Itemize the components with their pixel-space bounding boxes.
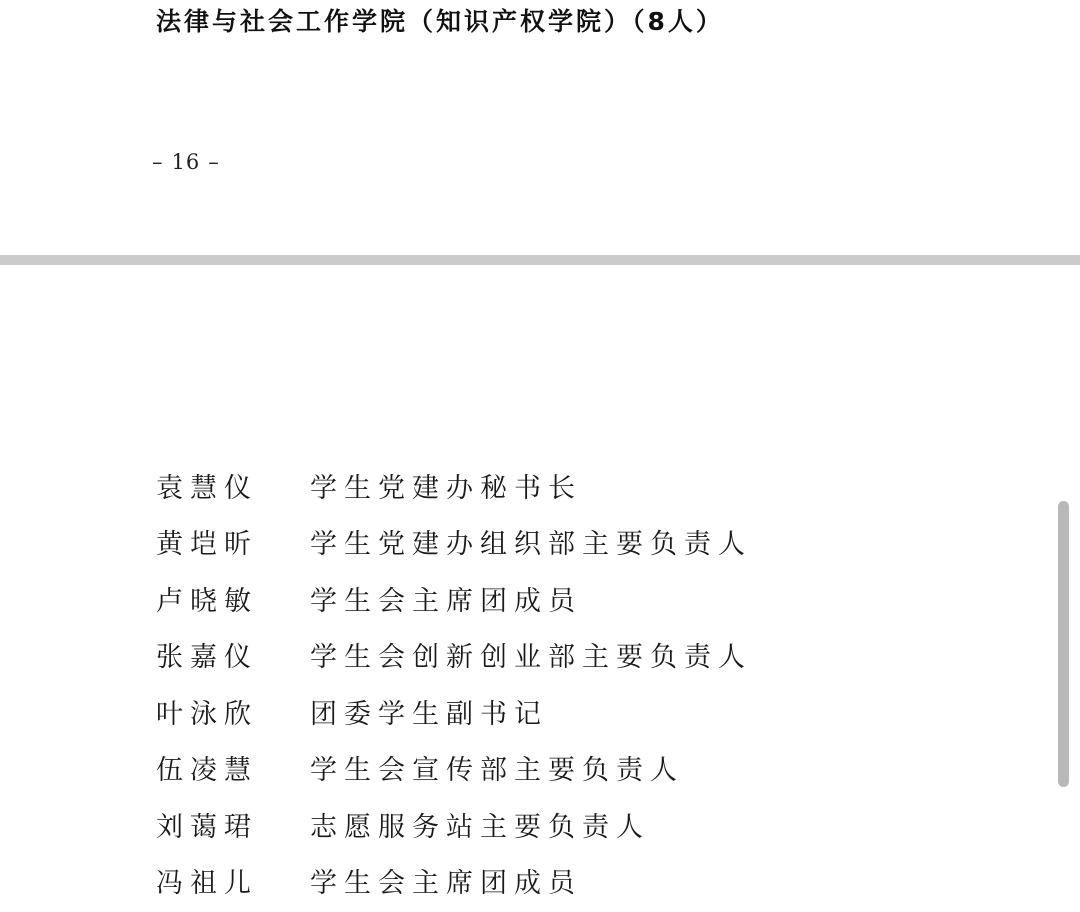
page-separator xyxy=(0,255,1080,265)
person-name: 伍凌慧 xyxy=(156,748,310,787)
scrollbar-thumb[interactable] xyxy=(1058,501,1069,787)
person-role: 学生党建办秘书长 xyxy=(310,466,582,505)
roster-row: 袁慧仪 学生党建办秘书长 xyxy=(156,457,752,514)
person-name: 冯祖儿 xyxy=(156,861,310,900)
page-number-left-dash: – xyxy=(144,146,172,178)
roster-row: 叶泳欣 团委学生副书记 xyxy=(156,683,752,740)
person-name: 袁慧仪 xyxy=(156,466,310,505)
roster-row: 冯祖儿 学生会主席团成员 xyxy=(156,853,752,910)
person-name: 张嘉仪 xyxy=(156,635,310,674)
person-name: 叶泳欣 xyxy=(156,692,310,731)
person-name: 刘蔼珺 xyxy=(156,805,310,844)
person-role: 志愿服务站主要负责人 xyxy=(310,805,650,844)
page-number-value: 16 xyxy=(172,150,201,174)
roster-list: 袁慧仪 学生党建办秘书长 黄垲昕 学生党建办组织部主要负责人 卢晓敏 学生会主席… xyxy=(156,457,752,909)
document-page-upper: 法律与社会工作学院（知识产权学院）（8人） –16– xyxy=(0,0,1080,255)
person-role: 学生党建办组织部主要负责人 xyxy=(310,522,752,561)
person-role: 学生会主席团成员 xyxy=(310,579,582,618)
person-role: 学生会宣传部主要负责人 xyxy=(310,748,684,787)
roster-row: 伍凌慧 学生会宣传部主要负责人 xyxy=(156,740,752,797)
roster-row: 张嘉仪 学生会创新创业部主要负责人 xyxy=(156,627,752,684)
person-role: 团委学生副书记 xyxy=(310,692,548,731)
person-name: 卢晓敏 xyxy=(156,579,310,618)
roster-row: 黄垲昕 学生党建办组织部主要负责人 xyxy=(156,514,752,571)
roster-row: 刘蔼珺 志愿服务站主要负责人 xyxy=(156,796,752,853)
person-role: 学生会主席团成员 xyxy=(310,861,582,900)
page-number: –16– xyxy=(144,146,228,178)
person-name: 黄垲昕 xyxy=(156,522,310,561)
roster-row: 卢晓敏 学生会主席团成员 xyxy=(156,570,752,627)
person-role: 学生会创新创业部主要负责人 xyxy=(310,635,752,674)
section-heading: 法律与社会工作学院（知识产权学院）（8人） xyxy=(156,2,724,42)
page-number-right-dash: – xyxy=(200,146,228,178)
